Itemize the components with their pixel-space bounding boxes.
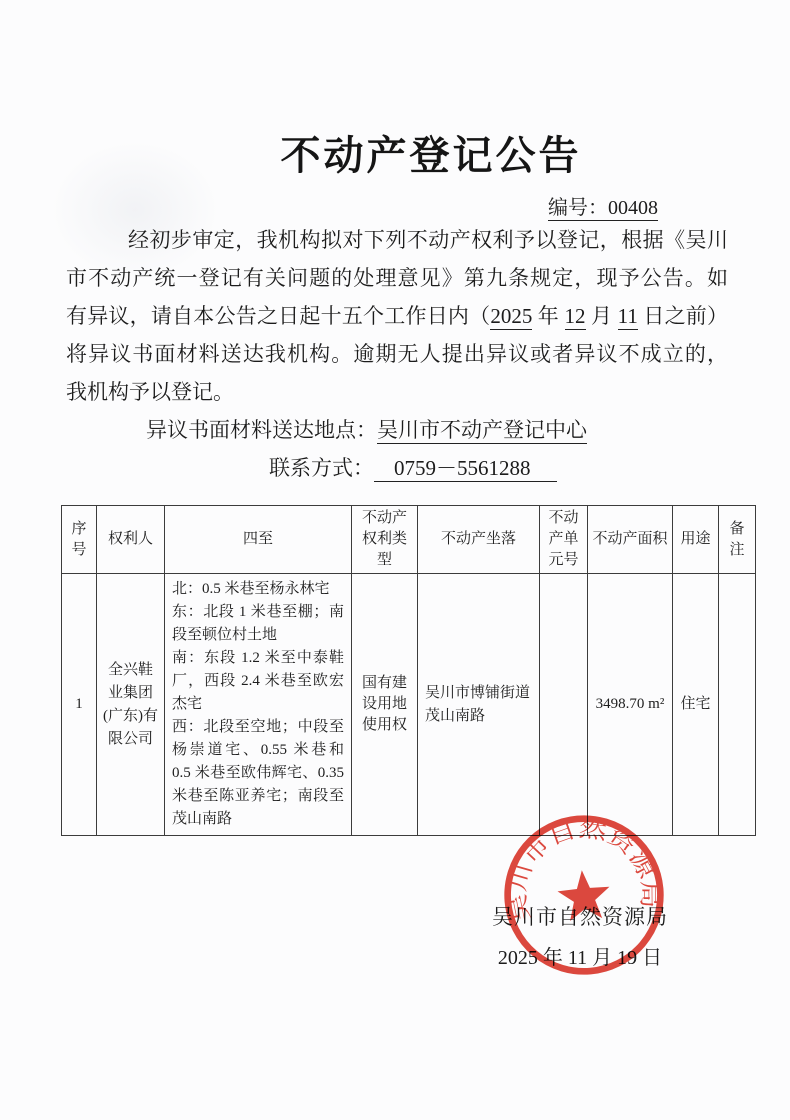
boundary-west: 西：北段至空地；中段至杨崇道宅、0.55 米巷和 0.5 米巷至欧伟辉宅、0.3… — [172, 716, 344, 831]
seal-graphic: 吴川市自然资源局 — [494, 805, 674, 985]
month-unit: 月 — [586, 304, 618, 328]
delivery-address-label: 异议书面材料送达地点： — [146, 418, 377, 442]
deadline-year: 2025 — [490, 304, 532, 330]
notice-line-2: 市不动产统一登记有关问题的处理意见》第九条规定，现予公告。如 — [66, 259, 728, 297]
cell-right-type: 国有建设用地使用权 — [352, 574, 418, 836]
notice-line-1: 经初步审定，我机构拟对下列不动产权利予以登记，根据《吴川 — [66, 221, 728, 259]
notice-line-4: 将异议书面材料送达我机构。逾期无人提出异议或者异议不成立的， — [66, 335, 728, 373]
col-header-boundaries: 四至 — [165, 506, 352, 574]
cell-unit-no — [540, 574, 588, 836]
document-page: 不动产登记公告 编号：00408 经初步审定，我机构拟对下列不动产权利予以登记，… — [0, 0, 790, 1120]
contact-phone-value: 0759－5561288 — [374, 456, 557, 482]
cell-owner: 全兴鞋业集团(广东)有限公司 — [97, 574, 165, 836]
deadline-month: 12 — [565, 304, 586, 330]
cell-usage: 住宅 — [673, 574, 719, 836]
cell-index: 1 — [62, 574, 97, 836]
doc-number: 编号：00408 — [66, 191, 658, 220]
cell-boundaries: 北：0.5 米巷至杨永林宅 东：北段 1 米巷至棚；南段至顿位村土地 南：东段 … — [165, 574, 352, 836]
doc-number-label: 编号： — [548, 197, 608, 219]
boundary-south: 南：东段 1.2 米至中泰鞋厂，西段 2.4 米巷至欧宏杰宅 — [172, 647, 344, 716]
page-title: 不动产登记公告 — [100, 124, 762, 181]
col-header-area: 不动产面积 — [588, 506, 673, 574]
table-row: 1 全兴鞋业集团(广东)有限公司 北：0.5 米巷至杨永林宅 东：北段 1 米巷… — [62, 574, 756, 836]
col-header-unit-no: 不动产单元号 — [540, 506, 588, 574]
col-header-remark: 备注 — [719, 506, 756, 574]
boundary-east: 东：北段 1 米巷至棚；南段至顿位村土地 — [172, 601, 344, 647]
table-header-row: 序号 权利人 四至 不动产权利类型 不动产坐落 不动产单元号 不动产面积 用途 … — [62, 506, 756, 574]
col-header-index: 序号 — [62, 506, 97, 574]
notice-line-5: 我机构予以登记。 — [66, 373, 728, 411]
col-header-usage: 用途 — [673, 506, 719, 574]
official-seal: 吴川市自然资源局 — [494, 805, 674, 985]
registration-table: 序号 权利人 四至 不动产权利类型 不动产坐落 不动产单元号 不动产面积 用途 … — [61, 505, 756, 836]
boundary-north: 北：0.5 米巷至杨永林宅 — [172, 578, 344, 601]
notice-line-3-prefix: 有异议，请自本公告之日起十五个工作日内（ — [66, 304, 490, 328]
contact-label: 联系方式： — [269, 456, 374, 480]
col-header-right-type: 不动产权利类型 — [352, 506, 418, 574]
notice-body: 经初步审定，我机构拟对下列不动产权利予以登记，根据《吴川 市不动产统一登记有关问… — [66, 221, 728, 487]
notice-line-3: 有异议，请自本公告之日起十五个工作日内（2025 年 12 月 11 日之前） — [66, 297, 728, 335]
seal-star-icon — [556, 868, 612, 922]
cell-remark — [719, 574, 756, 836]
day-unit: 日之前） — [638, 304, 728, 328]
delivery-address-value: 吴川市不动产登记中心 — [377, 418, 587, 444]
delivery-address-line: 异议书面材料送达地点：吴川市不动产登记中心 — [66, 411, 728, 449]
contact-line: 联系方式：0759－5561288 — [66, 449, 728, 487]
col-header-owner: 权利人 — [97, 506, 165, 574]
cell-area: 3498.70 m² — [588, 574, 673, 836]
doc-number-value: 00408 — [608, 197, 658, 219]
doc-number-underline: 编号：00408 — [548, 197, 658, 221]
deadline-day: 11 — [618, 304, 638, 330]
col-header-location: 不动产坐落 — [418, 506, 540, 574]
year-unit: 年 — [532, 304, 564, 328]
cell-location: 吴川市博铺街道茂山南路 — [418, 574, 540, 836]
